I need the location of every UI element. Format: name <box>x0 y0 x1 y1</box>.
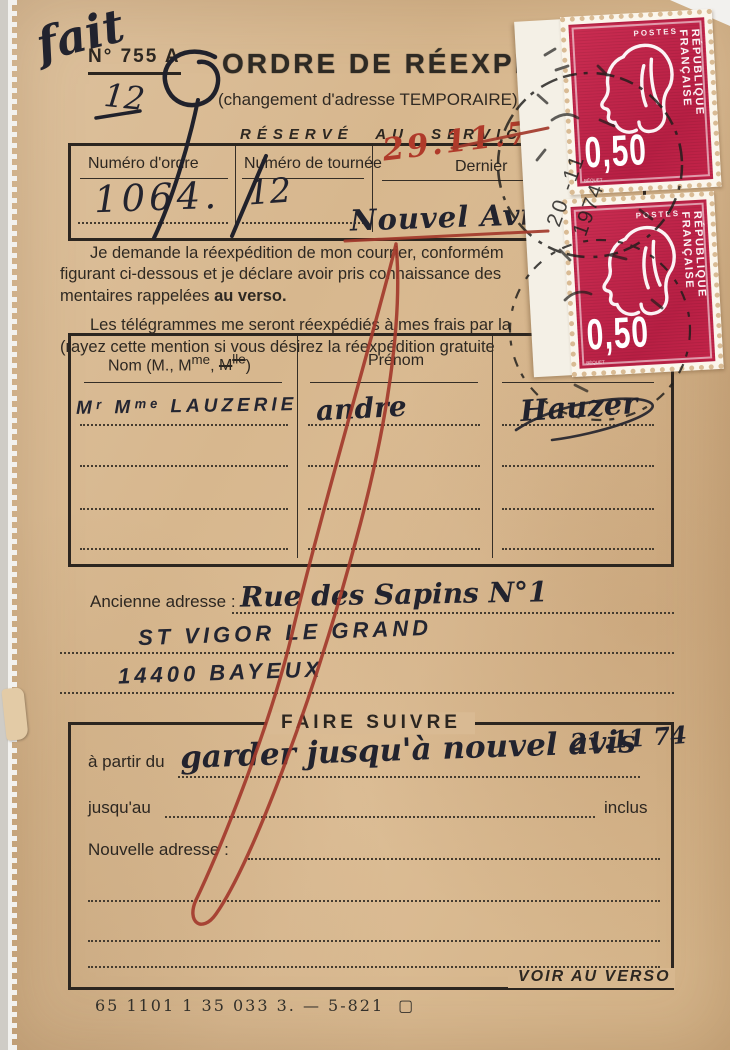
col-last-label: Dernier <box>455 158 507 176</box>
col-tour-label: Numéro de tournée <box>244 155 382 173</box>
row4-signature-line <box>502 548 654 550</box>
stamp2-denomination: 0,50 <box>585 309 650 362</box>
from-label: à partir du <box>88 752 165 772</box>
names-table-divider-1 <box>297 336 298 558</box>
row3-nom-line <box>80 508 288 510</box>
until-dotted-line <box>165 816 595 818</box>
new-address-label: Nouvelle adresse : <box>88 840 229 860</box>
prenom-header-rule <box>310 382 478 383</box>
stamp2-engraver: BÉQUET <box>586 359 605 365</box>
row4-nom-line <box>80 548 288 550</box>
service-table-divider-1 <box>235 146 236 232</box>
row3-prenom-line <box>308 508 480 510</box>
stamp1-postes-label: POSTES <box>633 27 678 38</box>
stamp1-engraver: BÉQUET <box>584 177 603 183</box>
prenom-column-header: Prénom <box>368 352 424 370</box>
postage-stamp-2: POSTES RÉPUBLIQUE FRANÇAISE 0,50 BÉQUET <box>562 191 724 377</box>
names-table-divider-2 <box>492 336 493 558</box>
new-address-dots-2 <box>88 900 660 902</box>
old-address-label: Ancienne adresse : <box>90 592 236 612</box>
verso-label: VOIR AU VERSO <box>508 968 675 988</box>
scanned-postal-form: fait N° 755 A 12 ORDRE DE RÉEXPÉDITION (… <box>0 0 730 1050</box>
row1-nom-value: Mʳ Mᵐᵉ LAUZERIE <box>76 394 298 420</box>
stamp2-design: POSTES RÉPUBLIQUE FRANÇAISE 0,50 BÉQUET <box>571 199 716 368</box>
form-number: N° 755 A <box>88 46 181 75</box>
old-address-line1: Rue des Sapins N°1 <box>240 575 548 613</box>
nom-header-rule <box>84 382 282 383</box>
stamp-block: POSTES RÉPUBLIQUE FRANÇAISE 0,50 BÉQUET … <box>514 7 730 386</box>
scan-background-strip <box>0 0 8 1050</box>
printer-imprint: 65 1101 1 35 033 3. — 5-821▢ <box>95 996 415 1015</box>
checkbox-glyph: ▢ <box>398 996 415 1015</box>
from-dotted-line <box>178 776 640 778</box>
old-address-line3-dots <box>60 692 674 694</box>
inclus-label: inclus <box>604 798 647 818</box>
stamp1-country-label: RÉPUBLIQUE FRANÇAISE <box>677 28 709 179</box>
col-order-label: Numéro d'ordre <box>88 155 199 173</box>
row2-nom-line <box>80 465 288 467</box>
old-address-line2-dots <box>60 652 674 654</box>
handwritten-tour-number: 12 <box>102 76 146 118</box>
stamp2-postes-label: POSTES <box>635 209 680 220</box>
row1-prenom-value: andre <box>315 390 407 428</box>
stamp2-country-label: RÉPUBLIQUE FRANÇAISE <box>679 211 711 362</box>
new-address-dots-1 <box>248 858 660 860</box>
row1-nom-line <box>80 424 288 426</box>
order-dotted-line <box>78 222 228 224</box>
tour-value: 12 <box>247 171 293 214</box>
row2-signature-line <box>502 465 654 467</box>
tour-dotted-line <box>242 222 364 224</box>
order-value: 1064. <box>93 174 220 221</box>
new-address-dots-3 <box>88 940 660 942</box>
nom-column-header: Nom (M., Mme, Mlle) <box>108 352 251 375</box>
stamp1-design: POSTES RÉPUBLIQUE FRANÇAISE 0,50 BÉQUET <box>568 17 713 186</box>
row2-prenom-line <box>308 465 480 467</box>
until-label: jusqu'au <box>88 798 151 818</box>
row3-signature-line <box>502 508 654 510</box>
postage-stamp-1: POSTES RÉPUBLIQUE FRANÇAISE 0,50 BÉQUET <box>560 9 722 195</box>
row4-prenom-line <box>308 548 480 550</box>
page-subtitle: (changement d'adresse TEMPORAIRE) <box>218 90 518 110</box>
serrated-left-edge <box>8 0 17 1050</box>
stamp1-denomination: 0,50 <box>583 126 648 179</box>
